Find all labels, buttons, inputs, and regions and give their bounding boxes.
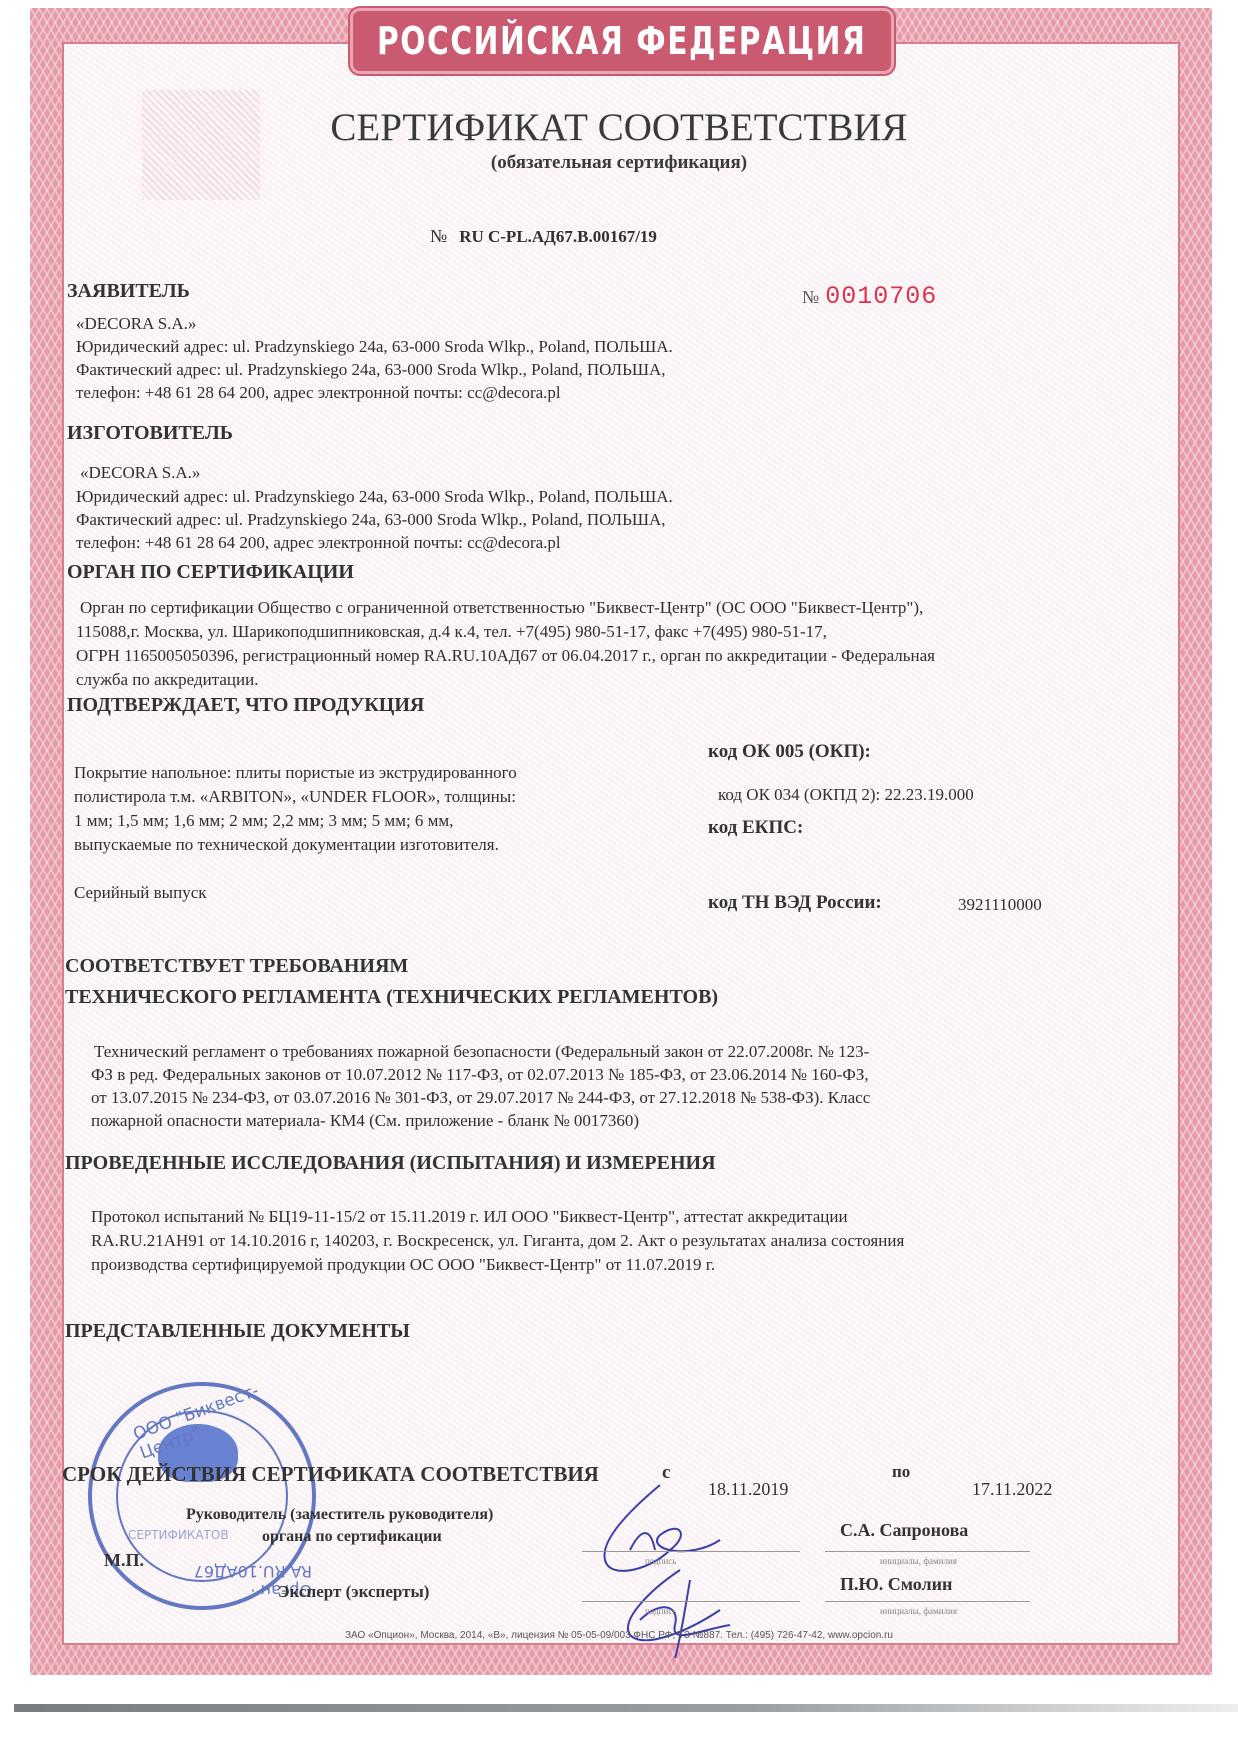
requirements-heading: СООТВЕТСТВУЕТ ТРЕБОВАНИЯМ — [65, 955, 408, 978]
tnved-code-value: 3921110000 — [958, 894, 1042, 917]
banner-text: РОССИЙСКАЯ ФЕДЕРАЦИЯ — [377, 19, 866, 63]
tests-line: производства сертифицируемой продукции О… — [91, 1254, 715, 1277]
certification-body-line: служба по аккредитации. — [76, 669, 258, 692]
product-release-type: Серийный выпуск — [74, 882, 207, 905]
manufacturer-actual-address: Фактический адрес: ul. Pradzynskiego 24a… — [76, 509, 666, 532]
expert-signature-caption: подпись — [645, 1606, 676, 1616]
product-description-line: Покрытие напольное: плиты пористые из эк… — [74, 762, 517, 785]
expert-signature-line — [582, 1601, 800, 1602]
product-heading: ПОДТВЕРЖДАЕТ, ЧТО ПРОДУКЦИЯ — [67, 694, 424, 717]
head-label-line2: органа по сертификации — [262, 1528, 442, 1546]
tests-line: RA.RU.21АН91 от 14.10.2016 г, 140203, г.… — [91, 1230, 904, 1253]
seal-place-label: М.П. — [104, 1550, 144, 1571]
validity-to-date: 17.11.2022 — [972, 1478, 1052, 1501]
certification-body-line: Орган по сертификации Общество с огранич… — [80, 597, 923, 620]
product-description-line: выпускаемые по технической документации … — [74, 834, 499, 857]
ekps-code-label: код ЕКПС: — [708, 817, 803, 839]
requirements-line: пожарной опасности материала- КМ4 (См. п… — [91, 1110, 639, 1133]
applicant-contacts: телефон: +48 61 28 64 200, адрес электро… — [76, 382, 561, 405]
manufacturer-contacts: телефон: +48 61 28 64 200, адрес электро… — [76, 532, 561, 555]
head-name-line — [825, 1551, 1030, 1552]
okpd2-code: код ОК 034 (ОКПД 2): 22.23.19.000 — [718, 784, 974, 807]
validity-to-label: по — [892, 1462, 910, 1482]
applicant-legal-address: Юридический адрес: ul. Pradzynskiego 24a… — [76, 336, 673, 359]
manufacturer-heading: ИЗГОТОВИТЕЛЬ — [67, 422, 233, 445]
applicant-name: «DECORA S.A.» — [76, 313, 196, 336]
head-signature-caption: подпись — [645, 1556, 676, 1566]
expert-name: П.Ю. Смолин — [840, 1574, 952, 1595]
document-title: СЕРТИФИКАТ СООТВЕТСТВИЯ — [0, 105, 1238, 150]
country-banner: РОССИЙСКАЯ ФЕДЕРАЦИЯ — [350, 8, 894, 74]
documents-heading: ПРЕДСТАВЛЕННЫЕ ДОКУМЕНТЫ — [65, 1320, 410, 1343]
document-subtitle: (обязательная сертификация) — [0, 152, 1238, 174]
okp-code-label: код ОК 005 (ОКП): — [708, 741, 871, 763]
applicant-heading: ЗАЯВИТЕЛЬ — [67, 280, 190, 303]
tests-heading: ПРОВЕДЕННЫЕ ИССЛЕДОВАНИЯ (ИСПЫТАНИЯ) И И… — [65, 1152, 716, 1175]
head-name: С.А. Сапронова — [840, 1520, 968, 1541]
tnved-code-label: код ТН ВЭД России: — [708, 892, 882, 914]
requirements-line: ФЗ в ред. Федеральных законов от 10.07.2… — [91, 1064, 869, 1087]
tests-line: Протокол испытаний № БЦ19-11-15/2 от 15.… — [91, 1206, 848, 1229]
expert-name-line — [825, 1601, 1030, 1602]
head-label: Руководитель (заместитель руководителя) — [186, 1506, 493, 1524]
requirements-line: от 13.07.2015 № 234-ФЗ, от 03.07.2016 № … — [91, 1087, 870, 1110]
certification-body-line: 115088,г. Москва, ул. Шарикоподшипниковс… — [76, 621, 827, 644]
printer-imprint: ЗАО «Опцион», Москва, 2014, «В», лицензи… — [0, 1630, 1238, 1641]
number-symbol: № — [430, 226, 447, 246]
applicant-actual-address: Фактический адрес: ul. Pradzynskiego 24a… — [76, 359, 666, 382]
requirements-heading-line2: ТЕХНИЧЕСКОГО РЕГЛАМЕНТА (ТЕХНИЧЕСКИХ РЕГ… — [65, 986, 718, 1009]
validity-heading: СРОК ДЕЙСТВИЯ СЕРТИФИКАТА СООТВЕТСТВИЯ — [62, 1462, 599, 1487]
seal-middle-text: СЕРТИФИКАТОВ — [128, 1528, 229, 1542]
expert-name-caption: инициалы, фамилия — [880, 1606, 957, 1616]
head-signature-line — [582, 1551, 800, 1552]
certificate-number: №RU С-PL.АД67.В.00167/19 — [430, 226, 657, 247]
blank-number-value: 0010706 — [825, 282, 937, 311]
head-name-caption: инициалы, фамилия — [880, 1556, 957, 1566]
certification-body-heading: ОРГАН ПО СЕРТИФИКАЦИИ — [67, 561, 354, 584]
page-shadow — [14, 1704, 1238, 1712]
requirements-line: Технический регламент о требованиях пожа… — [94, 1041, 869, 1064]
product-description-line: 1 мм; 1,5 мм; 1,6 мм; 2 мм; 2,2 мм; 3 мм… — [74, 810, 453, 833]
product-description-line: полистирола т.м. «ARBITON», «UNDER FLOOR… — [74, 786, 516, 809]
certification-body-line: ОГРН 1165005050396, регистрационный номе… — [76, 645, 935, 668]
expert-label: Эксперт (эксперты) — [278, 1582, 429, 1602]
organization-seal: ООО "Биквест-Центр" СЕРТИФИКАТОВ Орган ·… — [88, 1382, 316, 1610]
certificate-number-value: RU С-PL.АД67.В.00167/19 — [459, 227, 657, 246]
blank-number: №0010706 — [802, 282, 937, 311]
manufacturer-legal-address: Юридический адрес: ul. Pradzynskiego 24a… — [76, 486, 673, 509]
blank-symbol: № — [802, 287, 819, 307]
manufacturer-name: «DECORA S.A.» — [80, 462, 200, 485]
